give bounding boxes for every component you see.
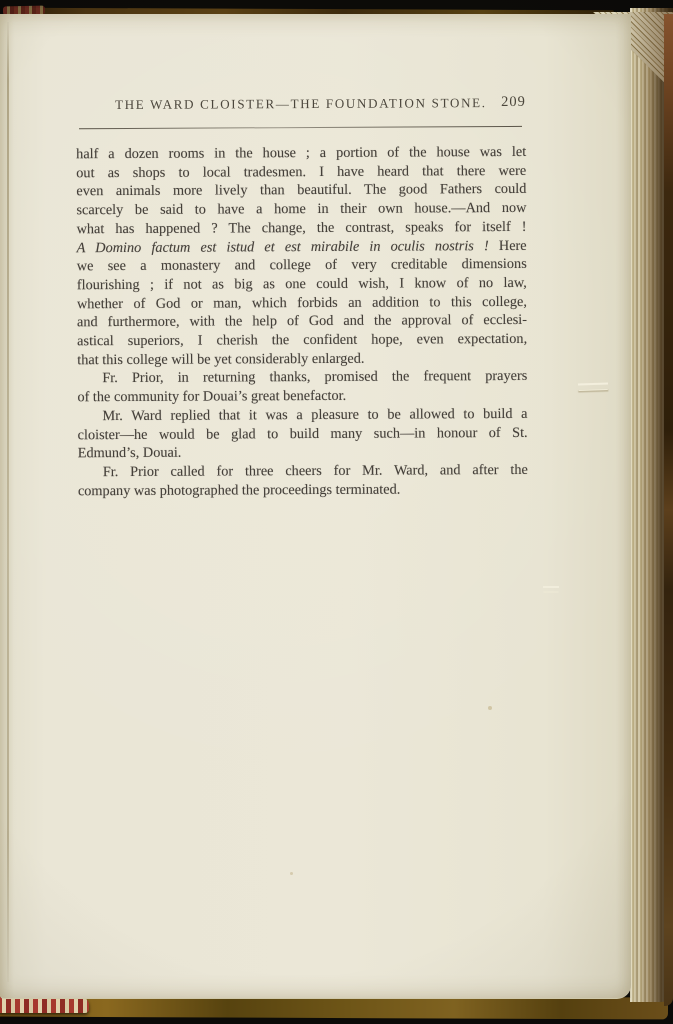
text-line: Mr. Ward replied that it was a pleasure …	[77, 405, 527, 426]
text-segment: cloister—he would be glad to build many …	[78, 424, 528, 442]
text-line: A Domino factum est istud et est mirabil…	[77, 236, 527, 257]
text-line: that this college will be yet considerab…	[77, 349, 527, 370]
text-line: even animals more lively than beautiful.…	[76, 180, 526, 201]
page-body: half a dozen rooms in the house ; a port…	[76, 143, 528, 501]
text-segment: Here	[489, 237, 527, 253]
text-segment: Edmund’s, Douai.	[78, 445, 182, 462]
text-line: out as shops to local tradesmen. I have …	[76, 162, 526, 183]
text-line: half a dozen rooms in the house ; a port…	[76, 143, 526, 164]
text-segment: even animals more lively than beautiful.…	[76, 181, 526, 199]
text-segment: whether of God or man, which forbids an …	[77, 294, 527, 312]
running-title-text: THE WARD CLOISTER—THE FOUNDATION STONE.	[115, 95, 487, 112]
text-line: scarcely be said to have a home in their…	[76, 199, 526, 220]
text-segment: flourishing ; if not as big as one could…	[77, 275, 527, 293]
text-line: we see a monastery and college of very c…	[77, 255, 527, 276]
text-segment: Mr. Ward replied that it was a pleasure …	[102, 406, 527, 424]
text-line: flourishing ; if not as big as one could…	[77, 274, 527, 295]
text-segment: we see a monastery and college of very c…	[77, 256, 527, 274]
running-title: THE WARD CLOISTER—THE FOUNDATION STONE. …	[76, 95, 526, 117]
photo-background: THE WARD CLOISTER—THE FOUNDATION STONE. …	[0, 0, 673, 1024]
text-segment: astical superiors, I cherish the confide…	[77, 331, 527, 349]
book-page: THE WARD CLOISTER—THE FOUNDATION STONE. …	[0, 14, 631, 999]
text-segment: Fr. Prior called for three cheers for Mr…	[103, 462, 528, 480]
text-segment: what has happened ? The change, the cont…	[77, 219, 527, 237]
text-line: company was photographed the proceedings…	[78, 480, 528, 501]
text-segment: out as shops to local tradesmen. I have …	[76, 163, 526, 181]
text-segment: that this college will be yet considerab…	[77, 350, 364, 368]
text-segment: scarcely be said to have a home in their…	[76, 200, 526, 218]
text-segment: Fr. Prior, in returning thanks, promised…	[102, 368, 527, 386]
text-segment: half a dozen rooms in the house ; a port…	[76, 144, 526, 162]
text-line: whether of God or man, which forbids an …	[77, 293, 527, 314]
text-line: Fr. Prior called for three cheers for Mr…	[78, 461, 528, 482]
text-segment: and furthermore, with the help of God an…	[77, 312, 527, 330]
text-segment: company was photographed the proceedings…	[78, 481, 400, 499]
book-cover-edge	[664, 14, 673, 1006]
text-line: astical superiors, I cherish the confide…	[77, 330, 527, 351]
text-line: cloister—he would be glad to build many …	[78, 423, 528, 444]
text-line: and furthermore, with the help of God an…	[77, 311, 527, 332]
text-line: Fr. Prior, in returning thanks, promised…	[77, 367, 527, 388]
text-line: of the community for Douai’s great benef…	[77, 386, 527, 407]
text-segment: of the community for Douai’s great benef…	[77, 388, 346, 405]
text-line: what has happened ? The change, the cont…	[76, 218, 526, 239]
page-number: 209	[501, 94, 526, 111]
text-line: Edmund’s, Douai.	[78, 442, 528, 463]
header-rule	[79, 126, 522, 129]
latin-quote-italic: A Domino factum est istud et est mirabil…	[77, 238, 489, 256]
printed-content: THE WARD CLOISTER—THE FOUNDATION STONE. …	[0, 12, 634, 999]
